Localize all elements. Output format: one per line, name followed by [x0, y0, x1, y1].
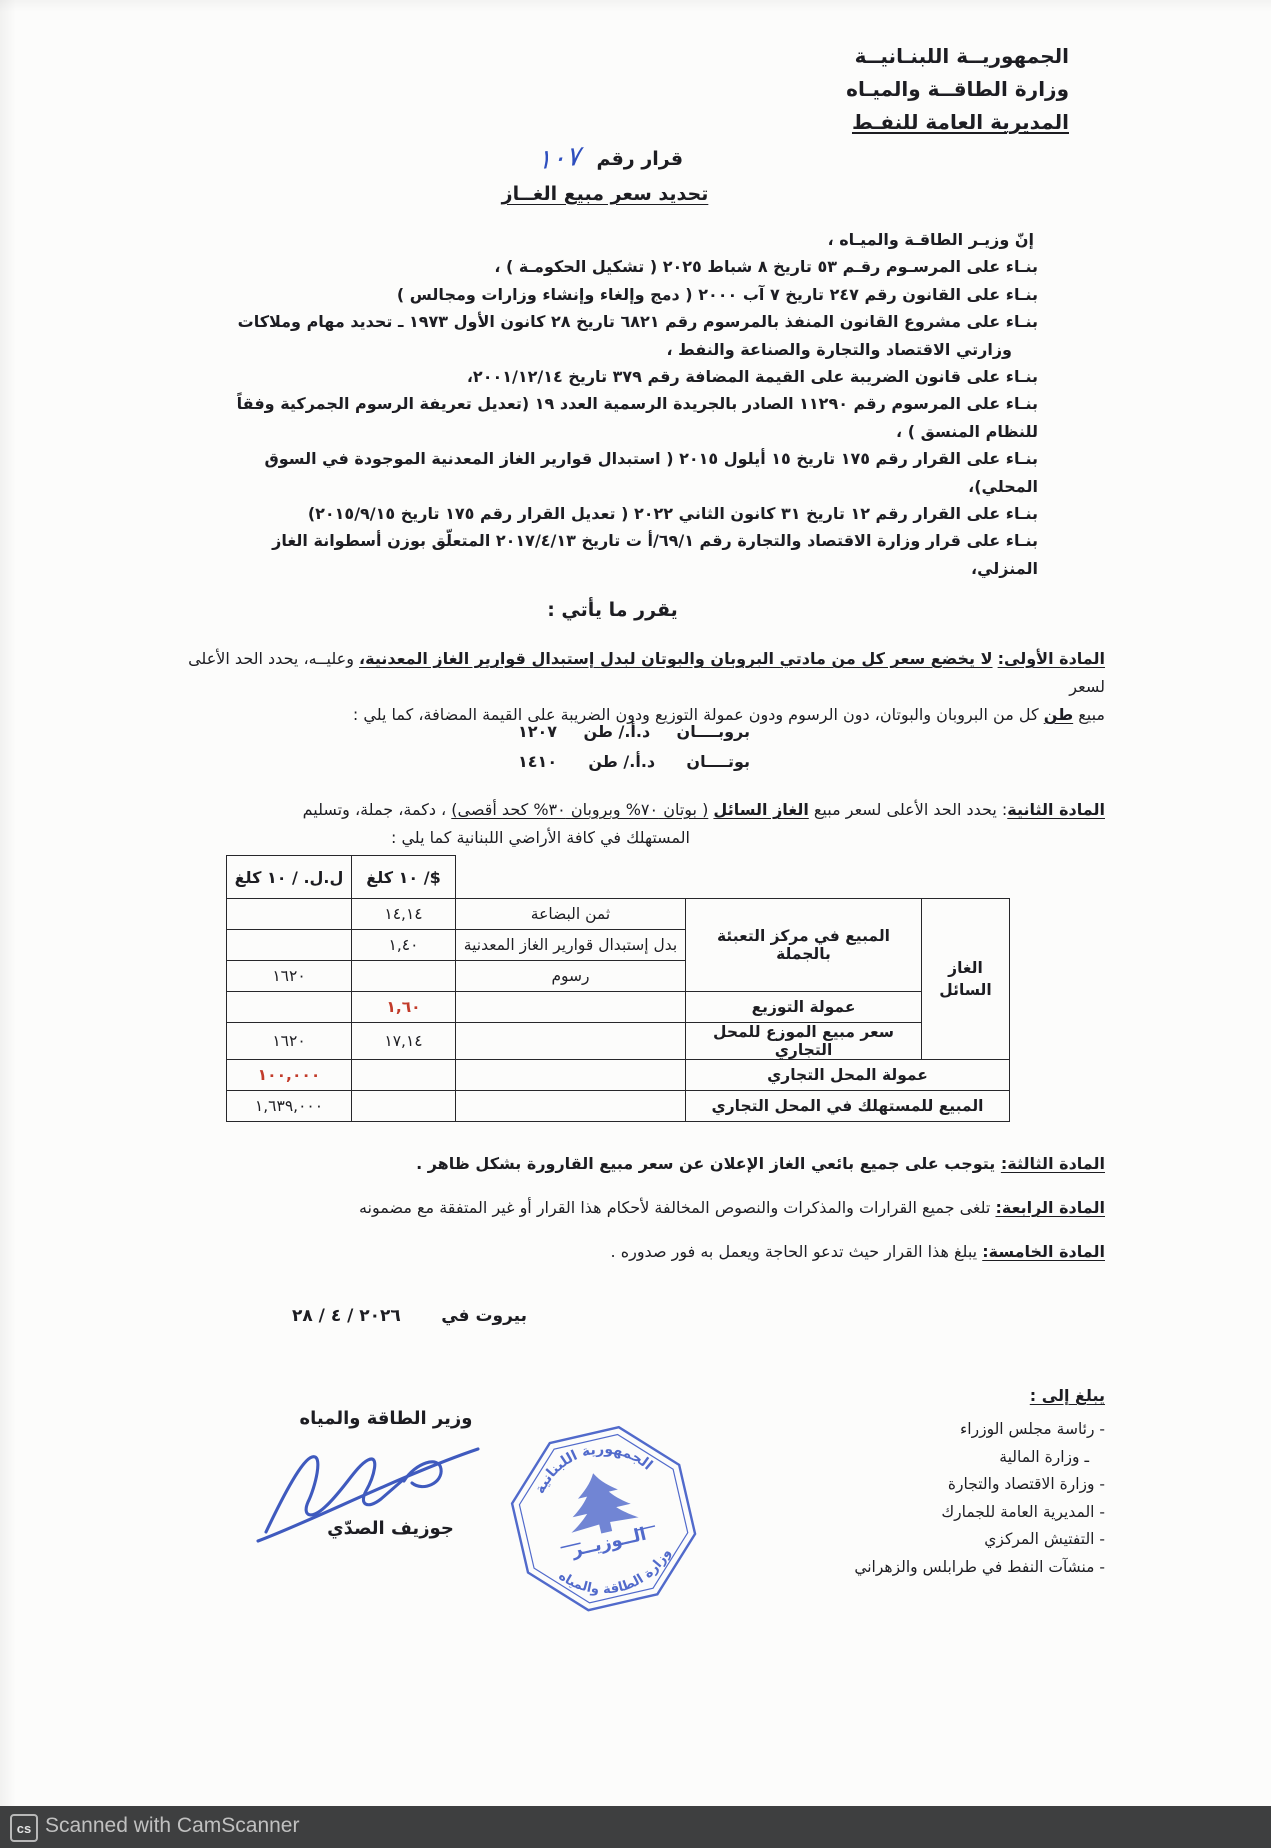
issued-line: بيروت في ٢٠٢٦ / ٤ / ٢٨ [292, 1306, 527, 1326]
cell-consumer-price: المبيع للمستهلك في المحل التجاري [686, 1091, 1010, 1122]
preamble-line: بنـاء على القانون رقم ٢٤٧ تاريخ ٧ آب ٢٠٠… [226, 281, 1038, 308]
letterhead-directorate: المديرية العامة للنفـط [846, 106, 1069, 139]
propane-label: بروبــــان [677, 722, 750, 741]
article-4-label: المادة الرابعة: [995, 1198, 1105, 1217]
article-2: المادة الثانية: يحدد الحد الأعلى لسعر مب… [163, 796, 1105, 852]
decision-intro: يقرر ما يأتي : [520, 599, 705, 621]
article-3-label: المادة الثالثة: [1001, 1154, 1105, 1173]
cell-distribution-desc [456, 992, 686, 1023]
article-2-label: المادة الثانية [1007, 800, 1105, 819]
cell-shop-commission: عمولة المحل التجاري [686, 1060, 1010, 1091]
ministry-stamp-icon: الجمهورية اللبنانية الــوزيــر وزارة الط… [470, 1395, 738, 1646]
preamble-line: بنـاء على المرسوم رقم ١١٢٩٠ الصادر بالجر… [226, 390, 1038, 445]
col-header-usd-per-10kg: $/ ١٠ كلغ [352, 856, 456, 899]
cell-distribution-commission: عمولة التوزيع [686, 992, 922, 1023]
cell-goods-price-lbp [227, 899, 352, 930]
article-2-rest: ، دكمة، جملة، وتسليم [303, 800, 447, 819]
butane-label: بوتــــان [686, 752, 750, 771]
cell-distribution-lbp [227, 992, 352, 1023]
camscanner-bar: cs Scanned with CamScanner [0, 1806, 1271, 1848]
minister-title: وزير الطاقة والمياه [296, 1408, 476, 1429]
cell-cylinder-swap-label: بدل إستبدال قوارير الغاز المعدنية [456, 930, 686, 961]
butane-value: ١٤١٠ [518, 752, 557, 771]
cell-distributor-to-shop: سعر مبيع الموزع للمحل التجاري [686, 1023, 922, 1060]
preamble-line: بنـاء على قانون الضريبة على القيمة المضا… [226, 363, 1038, 390]
cell-shop-desc [456, 1060, 686, 1091]
preamble-line: وزارتي الاقتصاد والتجارة والصناعة والنفط… [226, 336, 1038, 363]
cell-fees-label: رسوم [456, 961, 686, 992]
minister-name: جوزيف الصدّي [318, 1518, 463, 1539]
cell-wholesale-center: المبيع في مركز التعبئة بالجملة [686, 899, 922, 992]
article-1: المادة الأولى: لا يخضع سعر كل من مادتي ا… [163, 645, 1105, 729]
decree-title-label: قرار رقم [596, 148, 683, 170]
cell-shop-usd [352, 1060, 456, 1091]
article-5: المادة الخامسة: يبلغ هذا القرار حيث تدعو… [163, 1238, 1105, 1266]
cell-consumer-usd [352, 1091, 456, 1122]
distribution-item: - التفتيش المركزي [854, 1526, 1105, 1554]
scanned-decree-page: الجمهوريــة اللبنـانيــة وزارة الطاقــة … [0, 0, 1271, 1848]
cell-consumer-desc [456, 1091, 686, 1122]
issued-place: بيروت في [441, 1306, 527, 1326]
preamble-line: بنـاء على القرار رقم ١٧٥ تاريخ ١٥ أيلول … [226, 445, 1038, 500]
cell-cylinder-swap-lbp [227, 930, 352, 961]
propane-value: ١٢٠٧ [518, 722, 557, 741]
camscanner-icon: cs [10, 1814, 38, 1842]
preamble-line: بنـاء على مشروع القانون المنفذ بالمرسوم … [226, 308, 1038, 335]
side-label-liquid-gas: الغاز السائل [922, 899, 1010, 1060]
cell-distributor-usd: ١٧,١٤ [352, 1023, 456, 1060]
article-3-text: يتوجب على جميع بائعي الغاز الإعلان عن سع… [416, 1154, 995, 1173]
article-5-text: يبلغ هذا القرار حيث تدعو الحاجة ويعمل به… [611, 1242, 978, 1261]
cell-shop-lbp: ١٠٠,٠٠٠ [227, 1060, 352, 1091]
camscanner-text: Scanned with CamScanner [45, 1814, 299, 1838]
table-row: سعر مبيع الموزع للمحل التجاري ١٧,١٤ ١٦٢٠ [227, 1023, 1010, 1060]
cell-goods-price-label: ثمن البضاعة [456, 899, 686, 930]
decree-title-row: قرار رقم ١٠٧ [470, 143, 750, 174]
preamble: إنّ وزيـر الطاقـة والميـاه ، بنـاء على ا… [226, 226, 1038, 582]
cell-fees-lbp: ١٦٢٠ [227, 961, 352, 992]
article-1-underlined: لا يخضع سعر كل من مادتي البروبان والبوتا… [359, 649, 992, 668]
distribution-item: - منشآت النفط في طرابلس والزهراني [854, 1554, 1105, 1582]
cell-consumer-lbp: ١,٦٣٩,٠٠٠ [227, 1091, 352, 1122]
preamble-line: بنـاء على المرسـوم رقـم ٥٣ تاريخ ٨ شباط … [226, 253, 1038, 280]
article-1-label: المادة الأولى: [998, 649, 1105, 668]
article-1-ton: طن [1044, 705, 1073, 724]
col-header-lbp-per-10kg: ل.ل. / ١٠ كلغ [227, 856, 352, 899]
decree-number-handwritten: ١٠٧ [537, 141, 580, 177]
distribution-item: - وزارة الاقتصاد والتجارة [854, 1471, 1105, 1499]
gas-price-table: $/ ١٠ كلغ ل.ل. / ١٠ كلغ الغاز السائل الم… [226, 855, 1010, 1122]
preamble-line: بنـاء على القرار رقم ١٢ تاريخ ٣١ كانون ا… [226, 500, 1038, 527]
cell-distribution-usd: ١,٦٠ [352, 992, 456, 1023]
cell-fees-usd [352, 961, 456, 992]
article-4-text: تلغى جميع القرارات والمذكرات والنصوص الم… [359, 1198, 990, 1217]
article-5-label: المادة الخامسة: [982, 1242, 1105, 1261]
price-row-butane: بوتــــان د.أ./ طن ١٤١٠ [518, 752, 750, 782]
issued-date: ٢٠٢٦ / ٤ / ٢٨ [292, 1306, 401, 1326]
price-row-propane: بروبــــان د.أ./ طن ١٢٠٧ [518, 722, 750, 752]
table-row: الغاز السائل المبيع في مركز التعبئة بالج… [227, 899, 1010, 930]
distribution-heading: يبلغ إلى : [1030, 1386, 1105, 1405]
table-row: المبيع للمستهلك في المحل التجاري ١,٦٣٩,٠… [227, 1091, 1010, 1122]
article-3: المادة الثالثة: يتوجب على جميع بائعي الغ… [163, 1150, 1105, 1178]
table-header-spacer [456, 856, 1010, 899]
letterhead-republic: الجمهوريــة اللبنـانيــة [846, 40, 1069, 73]
letterhead: الجمهوريــة اللبنـانيــة وزارة الطاقــة … [846, 40, 1069, 139]
article-2-line2: المستهلك في كافة الأراضي اللبنانية كما ي… [163, 824, 1105, 852]
cell-distributor-lbp: ١٦٢٠ [227, 1023, 352, 1060]
distribution-item: - المديرية العامة للجمارك [854, 1499, 1105, 1527]
table-header-row: $/ ١٠ كلغ ل.ل. / ١٠ كلغ [227, 856, 1010, 899]
article-2-mix: ( بوتان ٧٠% وبروبان ٣٠% كحد أقصى) [451, 800, 708, 819]
distribution-list: - رئاسة مجلس الوزراء ـ وزارة المالية - و… [854, 1416, 1105, 1582]
article-1-line2-pre: مبيع [1078, 705, 1105, 724]
letterhead-ministry: وزارة الطاقــة والميـاه [846, 73, 1069, 106]
distribution-item: - رئاسة مجلس الوزراء [854, 1416, 1105, 1444]
preamble-intro: إنّ وزيـر الطاقـة والميـاه ، [226, 226, 1038, 253]
table-row: عمولة المحل التجاري ١٠٠,٠٠٠ [227, 1060, 1010, 1091]
cell-cylinder-swap-usd: ١,٤٠ [352, 930, 456, 961]
butane-unit: د.أ./ طن [588, 752, 655, 771]
article-2-gas-term: الغاز السائل [713, 800, 808, 819]
article-4: المادة الرابعة: تلغى جميع القرارات والمذ… [163, 1194, 1105, 1222]
cell-distributor-desc [456, 1023, 686, 1060]
table-row: عمولة التوزيع ١,٦٠ [227, 992, 1010, 1023]
decree-subject: تحديد سعر مبيع الغــاز [455, 183, 755, 205]
propane-unit: د.أ./ طن [583, 722, 650, 741]
preamble-line: بنـاء على قرار وزارة الاقتصاد والتجارة ر… [226, 527, 1038, 582]
distribution-item: ـ وزارة المالية [854, 1444, 1105, 1472]
article-2-pre: : يحدد الحد الأعلى لسعر مبيع [814, 800, 1007, 819]
ton-price-list: بروبــــان د.أ./ طن ١٢٠٧ بوتــــان د.أ./… [518, 722, 750, 782]
cell-goods-price-usd: ١٤,١٤ [352, 899, 456, 930]
